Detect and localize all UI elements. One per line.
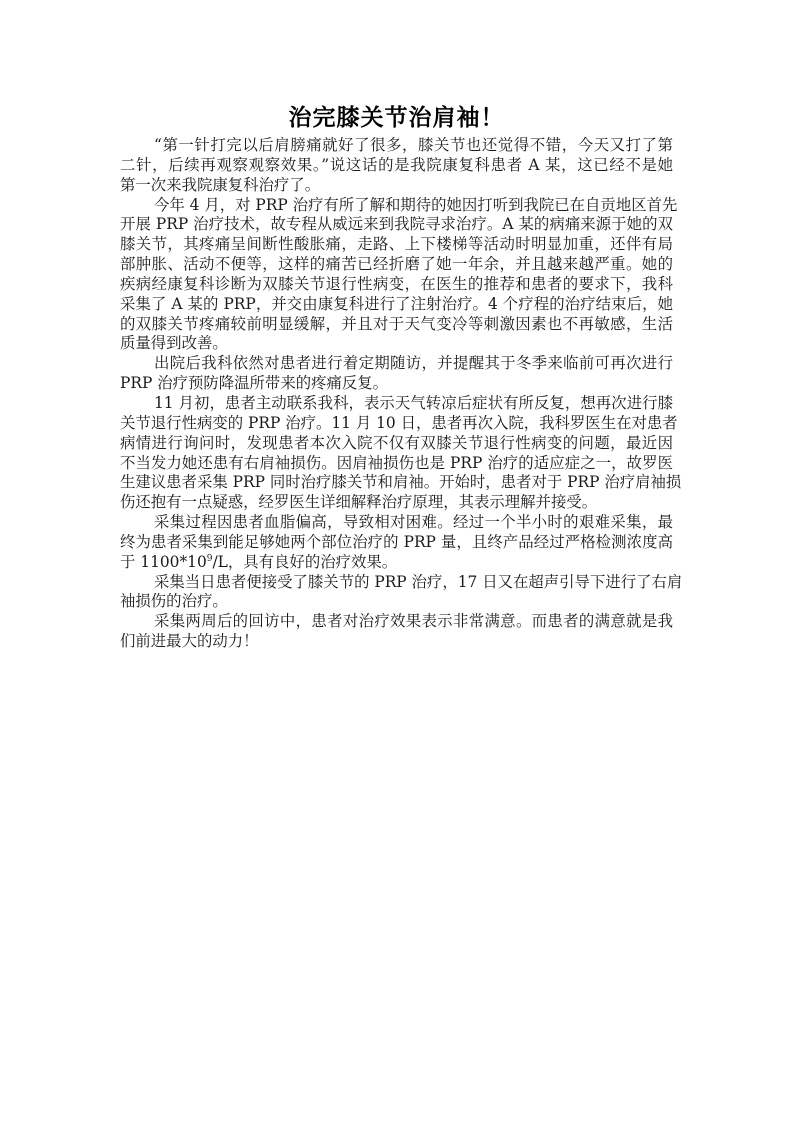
text-line: 的双膝关节疼痛较前明显缓解，并且对于天气变冷等刺激因素也不再敏感，生活 (120, 315, 673, 335)
text-line: 开展 PRP 治疗技术，故专程从威远来到我院寻求治疗。A 某的病痛来源于她的双 (120, 215, 673, 235)
text-line: 不当发力她还患有右肩袖损伤。因肩袖损伤也是 PRP 治疗的适应症之一，故罗医 (120, 454, 673, 474)
text-line: 于 1100*109/L，具有良好的治疗效果。 (120, 553, 673, 573)
text-line: 膝关节，其疼痛呈间断性酸胀痛，走路、上下楼梯等活动时明显加重，还伴有局 (120, 235, 673, 255)
text-line: 第一次来我院康复科治疗了。 (120, 176, 673, 196)
text-line: “第一针打完以后肩膀痛就好了很多，膝关节也还觉得不错，今天又打了第 (120, 136, 673, 156)
concentration-prefix: 于 1100*10 (120, 553, 207, 571)
paragraph-7: 采集两周后的回访中，患者对治疗效果表示非常满意。而患者的满意就是我 们前进最大的… (120, 612, 673, 652)
text-line: 二针，后续再观察观察效果。”说这话的是我院康复科患者 A 某，这已经不是她 (120, 156, 673, 176)
text-line: 疾病经康复科诊断为双膝关节退行性病变，在医生的推荐和患者的要求下，我科 (120, 275, 673, 295)
text-line: 11 月初，患者主动联系我科，表示天气转凉后症状有所反复，想再次进行膝 (120, 394, 673, 414)
text-line: 部肿胀、活动不便等，这样的痛苦已经折磨了她一年余，并且越来越严重。她的 (120, 255, 673, 275)
text-line: 终为患者采集到能足够她两个部位治疗的 PRP 量，且终产品经过严格检测浓度高 (120, 533, 673, 553)
text-line: 采集过程因患者血脂偏高，导致相对困难。经过一个半小时的艰难采集，最 (120, 513, 673, 533)
text-line: 出院后我科依然对患者进行着定期随访，并提醒其于冬季来临前可再次进行 (120, 354, 673, 374)
text-line: 伤还抱有一点疑惑，经罗医生详细解释治疗原理，其表示理解并接受。 (120, 493, 673, 513)
document-body: “第一针打完以后肩膀痛就好了很多，膝关节也还觉得不错，今天又打了第 二针，后续再… (120, 136, 673, 652)
text-line: 采集了 A 某的 PRP，并交由康复科进行了注射治疗。4 个疗程的治疗结束后，她 (120, 295, 673, 315)
text-line: 采集当日患者便接受了膝关节的 PRP 治疗，17 日又在超声引导下进行了右肩 (120, 573, 673, 593)
text-line: 生建议患者采集 PRP 同时治疗膝关节和肩袖。开始时，患者对于 PRP 治疗肩袖… (120, 473, 673, 493)
text-line: 关节退行性病变的 PRP 治疗。11 月 10 日，患者再次入院，我科罗医生在对… (120, 414, 673, 434)
text-line: 质量得到改善。 (120, 334, 673, 354)
document-page: 治完膝关节治肩袖！ “第一针打完以后肩膀痛就好了很多，膝关节也还觉得不错，今天又… (0, 0, 793, 1122)
text-line: 今年 4 月，对 PRP 治疗有所了解和期待的她因打听到我院已在自贡地区首先 (120, 196, 673, 216)
document-title: 治完膝关节治肩袖！ (0, 103, 793, 133)
text-line: 袖损伤的治疗。 (120, 592, 673, 612)
paragraph-2: 今年 4 月，对 PRP 治疗有所了解和期待的她因打听到我院已在自贡地区首先 开… (120, 196, 673, 355)
paragraph-3: 出院后我科依然对患者进行着定期随访，并提醒其于冬季来临前可再次进行 PRP 治疗… (120, 354, 673, 394)
text-line: 们前进最大的动力！ (120, 632, 673, 652)
text-line: 病情进行询问时，发现患者本次入院不仅有双膝关节退行性病变的问题，最近因 (120, 434, 673, 454)
concentration-suffix: /L，具有良好的治疗效果。 (212, 553, 397, 571)
text-line: PRP 治疗预防降温所带来的疼痛反复。 (120, 374, 673, 394)
paragraph-6: 采集当日患者便接受了膝关节的 PRP 治疗，17 日又在超声引导下进行了右肩 袖… (120, 573, 673, 613)
paragraph-5: 采集过程因患者血脂偏高，导致相对困难。经过一个半小时的艰难采集，最 终为患者采集… (120, 513, 673, 573)
paragraph-1: “第一针打完以后肩膀痛就好了很多，膝关节也还觉得不错，今天又打了第 二针，后续再… (120, 136, 673, 196)
text-line: 采集两周后的回访中，患者对治疗效果表示非常满意。而患者的满意就是我 (120, 612, 673, 632)
paragraph-4: 11 月初，患者主动联系我科，表示天气转凉后症状有所反复，想再次进行膝 关节退行… (120, 394, 673, 513)
